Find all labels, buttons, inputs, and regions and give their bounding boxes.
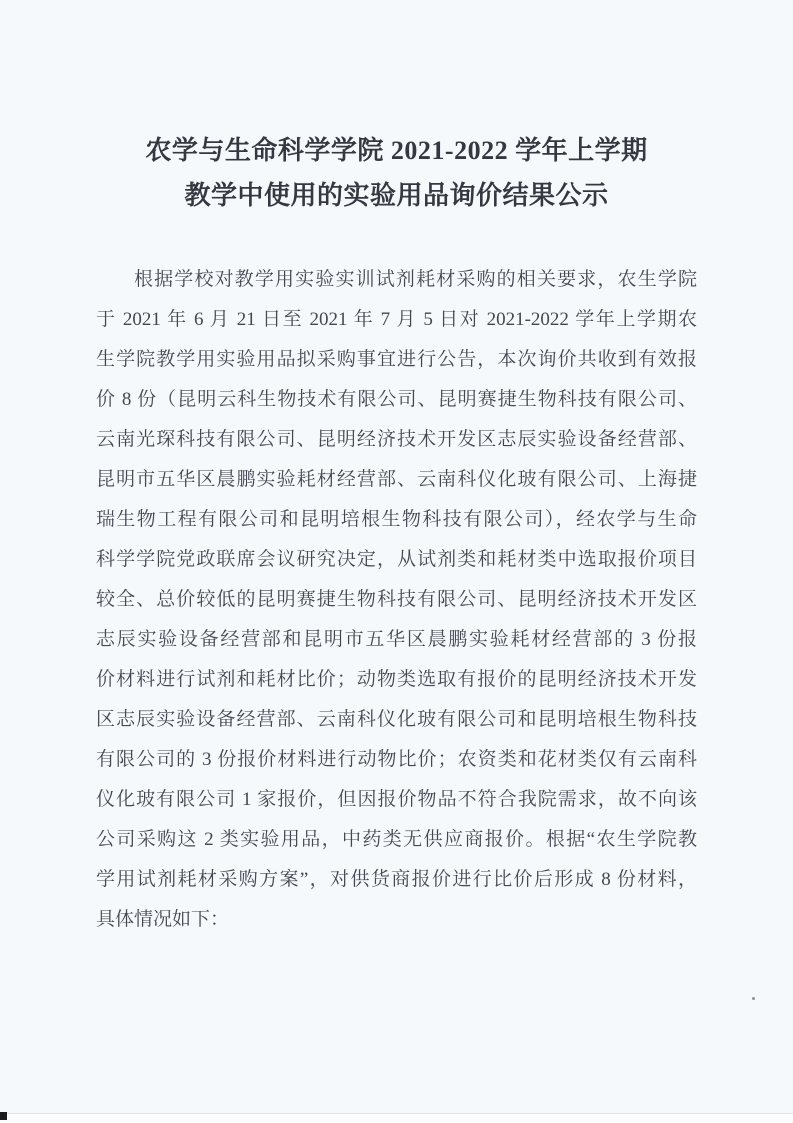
document-content: 农学与生命科学学院 2021-2022 学年上学期 教学中使用的实验用品询价结果… xyxy=(96,0,697,940)
paragraph-line: 昆明市五华区晨鹏实验耗材经营部、云南科仪化玻有限公司、上海捷 xyxy=(96,460,697,500)
paragraph-line: 公司采购这 2 类实验用品，中药类无供应商报价。根据“农生学院教 xyxy=(96,820,697,860)
paragraph-line: 具体情况如下： xyxy=(96,900,697,940)
document-title-line-2: 教学中使用的实验用品询价结果公示 xyxy=(96,173,697,218)
scan-artifact-speck xyxy=(752,997,755,1000)
paragraph-line: 志辰实验设备经营部和昆明市五华区晨鹏实验耗材经营部的 3 份报 xyxy=(96,620,697,660)
scanned-document-page: 农学与生命科学学院 2021-2022 学年上学期 教学中使用的实验用品询价结果… xyxy=(0,0,793,1123)
paragraph-line: 价材料进行试剂和耗材比价；动物类选取有报价的昆明经济技术开发 xyxy=(96,660,697,700)
paragraph-line: 于 2021 年 6 月 21 日至 2021 年 7 月 5 日对 2021-… xyxy=(96,300,697,340)
paragraph-line: 生学院教学用实验用品拟采购事宜进行公告，本次询价共收到有效报 xyxy=(96,340,697,380)
paragraph-line: 有限公司的 3 份报价材料进行动物比价；农资类和花材类仅有云南科 xyxy=(96,740,697,780)
paragraph-line: 较全、总价较低的昆明赛捷生物科技有限公司、昆明经济技术开发区 xyxy=(96,580,697,620)
document-paragraph: 根据学校对教学用实验实训试剂耗材采购的相关要求，农生学院 于 2021 年 6 … xyxy=(96,260,697,940)
document-title: 农学与生命科学学院 2021-2022 学年上学期 教学中使用的实验用品询价结果… xyxy=(96,128,697,218)
paragraph-line: 仪化玻有限公司 1 家报价，但因报价物品不符合我院需求，故不向该 xyxy=(96,780,697,820)
paragraph-line: 科学学院党政联席会议研究决定，从试剂类和耗材类中选取报价项目 xyxy=(96,540,697,580)
paragraph-line: 价 8 份（昆明云科生物技术有限公司、昆明赛捷生物科技有限公司、 xyxy=(96,380,697,420)
document-title-line-1: 农学与生命科学学院 2021-2022 学年上学期 xyxy=(96,128,697,173)
paragraph-line: 云南光琛科技有限公司、昆明经济技术开发区志辰实验设备经营部、 xyxy=(96,420,697,460)
scan-page-bottom-edge xyxy=(0,1113,793,1123)
paragraph-line: 学用试剂耗材采购方案”，对供货商报价进行比价后形成 8 份材料， xyxy=(96,860,697,900)
paragraph-line: 区志辰实验设备经营部、云南科仪化玻有限公司和昆明培根生物科技 xyxy=(96,700,697,740)
paragraph-line: 瑞生物工程有限公司和昆明培根生物科技有限公司），经农学与生命 xyxy=(96,500,697,540)
paragraph-line: 根据学校对教学用实验实训试剂耗材采购的相关要求，农生学院 xyxy=(96,260,697,300)
scan-artifact-corner-mark xyxy=(0,1112,7,1120)
